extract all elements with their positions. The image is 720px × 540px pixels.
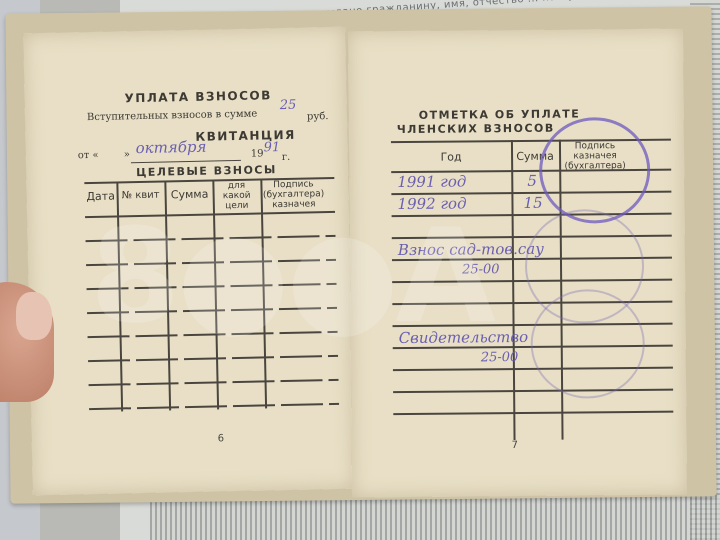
receipt-year: 91 bbox=[263, 140, 280, 155]
table-row-rule bbox=[393, 389, 673, 393]
entrance-fee-label: Вступительных взносов в сумме bbox=[87, 109, 258, 124]
col-amount: Сумма bbox=[167, 189, 213, 200]
receipt-month: октября bbox=[135, 138, 206, 157]
purple-stamp-top bbox=[539, 117, 651, 224]
payment-title: УПЛАТА ВЗНОСОВ bbox=[124, 88, 272, 105]
entrance-fee-amount: 25 bbox=[280, 98, 297, 113]
receipt-year-suffix: г. bbox=[282, 152, 291, 163]
membership-title-line2: ЧЛЕНСКИХ ВЗНОСОВ bbox=[397, 122, 555, 136]
receipt-quote-close: » bbox=[124, 149, 130, 160]
membership-title-line1: ОТМЕТКА ОБ УПЛАТЕ bbox=[419, 107, 581, 121]
col-divider bbox=[511, 140, 515, 440]
col-year: Год bbox=[391, 152, 511, 163]
table-row-rule bbox=[89, 379, 339, 386]
certificate-ornament-bottom bbox=[150, 495, 720, 540]
stamp-bottom bbox=[530, 289, 645, 399]
page-number-left: 6 bbox=[218, 433, 225, 444]
row-year-1991: 1991 год bbox=[397, 172, 466, 191]
receipt-title: КВИТАНЦИЯ bbox=[195, 128, 296, 144]
targeted-fees-title: ЦЕЛЕВЫЕ ВЗНОСЫ bbox=[136, 163, 277, 179]
page-number-right: 7 bbox=[512, 440, 518, 451]
note-certificate-amount: 25-00 bbox=[481, 350, 519, 365]
thumbnail bbox=[16, 292, 52, 340]
table-row-rule bbox=[89, 403, 339, 410]
row-amount-1992: 15 bbox=[523, 194, 542, 212]
receipt-year-prefix: 19 bbox=[251, 148, 264, 159]
receipt-from-label: от « bbox=[78, 150, 99, 161]
table-row-rule bbox=[393, 411, 673, 415]
table-row-rule bbox=[88, 355, 338, 362]
watermark-logo: 8●●A bbox=[90, 200, 492, 352]
row-amount-1991: 5 bbox=[527, 172, 537, 190]
date-underline bbox=[131, 160, 241, 163]
currency-label: руб. bbox=[307, 111, 329, 122]
